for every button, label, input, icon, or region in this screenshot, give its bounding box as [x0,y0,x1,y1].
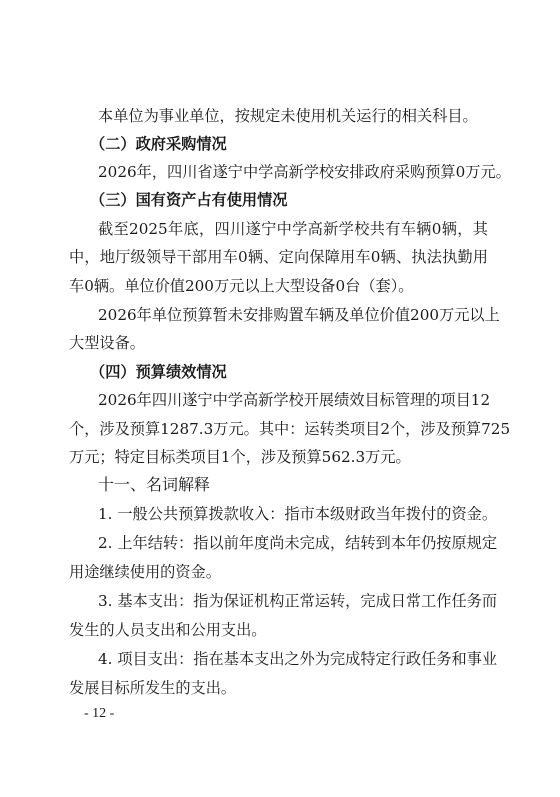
paragraph-line: 本单位为事业单位，按规定未使用机关运行的相关科目。 [98,106,488,126]
glossary-item-continued: 发展目标所发生的支出。 [69,678,488,698]
subheading-state-assets: （三）国有资产占有使用情况 [90,190,480,210]
page-number: - 12 - [84,706,114,722]
paragraph-line: 2026年，四川省遂宁中学高新学校安排政府采购预算0万元。 [98,162,488,182]
section-heading-glossary: 十一、名词解释 [98,475,488,495]
glossary-item: 3. 基本支出：指为保证机构正常运转，完成日常工作任务而 [98,591,488,611]
paragraph-line: 个，涉及预算1287.3万元。其中：运转类项目2个，涉及预算725 [69,419,488,439]
glossary-item-continued: 发生的人员支出和公用支出。 [69,620,488,640]
paragraph-line: 大型设备。 [69,333,488,353]
glossary-item: 1. 一般公共预算拨款收入：指市本级财政当年拨付的资金。 [98,504,488,524]
glossary-item: 2. 上年结转：指以前年度尚未完成，结转到本年仍按原规定 [98,533,488,553]
paragraph-line: 车0辆。单位价值200万元以上大型设备0台（套）。 [69,276,488,296]
paragraph-line: 中，地厅级领导干部用车0辆、定向保障用车0辆、执法执勤用 [69,247,488,267]
document-page: 本单位为事业单位，按规定未使用机关运行的相关科目。 （二）政府采购情况 2026… [0,0,560,797]
paragraph-line: 截至2025年底，四川遂宁中学高新学校共有车辆0辆，其 [98,219,488,239]
glossary-item-continued: 用途继续使用的资金。 [69,562,488,582]
subheading-government-procurement: （二）政府采购情况 [90,134,480,154]
subheading-performance: （四）预算绩效情况 [90,362,480,382]
glossary-item: 4. 项目支出：指在基本支出之外为完成特定行政任务和事业 [98,649,488,669]
paragraph-line: 万元；特定目标类项目1个，涉及预算562.3万元。 [69,447,488,467]
paragraph-line: 2026年单位预算暂未安排购置车辆及单位价值200万元以上 [98,305,488,325]
paragraph-line: 2026年四川遂宁中学高新学校开展绩效目标管理的项目12 [98,390,488,410]
